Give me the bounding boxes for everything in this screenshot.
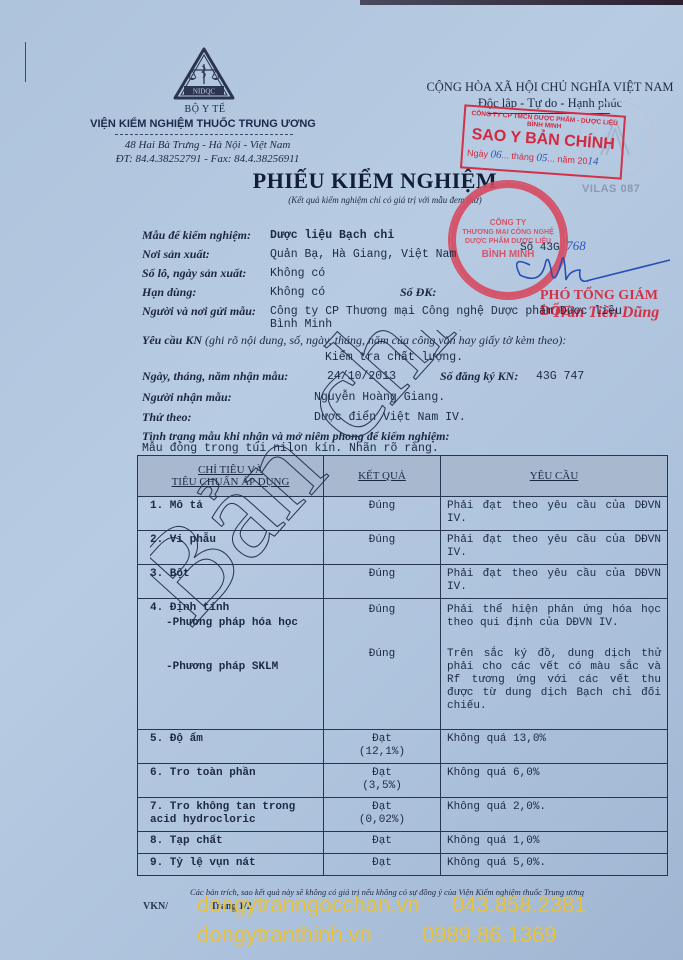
- requirement-text: Không quá 2,0%.: [447, 801, 661, 814]
- vilas-label: VILAS 087: [582, 183, 640, 195]
- table-row: 9. Tỷ lệ vụn nátĐạtKhông quá 5,0%.: [138, 854, 668, 876]
- lot-value: Không có: [270, 267, 325, 280]
- sample-value: Dược liệu Bạch chỉ: [270, 229, 394, 242]
- criterion-text: 7. Tro không tan trong acid hydrocloric: [150, 801, 317, 827]
- requirement-cell: Không quá 5,0%.: [441, 854, 668, 876]
- criterion-cell: 1. Mô tả: [138, 497, 324, 531]
- expiry-value: Không có: [270, 286, 325, 299]
- table-row: 6. Tro toàn phầnĐạt(3,5%)Không quá 6,0%: [138, 764, 668, 798]
- criterion-text: 6. Tro toàn phần: [150, 767, 317, 780]
- criterion-cell: 6. Tro toàn phần: [138, 764, 324, 798]
- criterion-text: 9. Tỷ lệ vụn nát: [150, 857, 317, 870]
- requirement-cell: Không quá 6,0%: [441, 764, 668, 798]
- institute-name: VIỆN KIỂM NGHIỆM THUỐC TRUNG ƯƠNG: [88, 118, 318, 130]
- origin-label: Nơi sản xuất:: [142, 247, 210, 262]
- received-date-value: 24/10/2013: [327, 370, 396, 383]
- sub-criterion-text: -Phương pháp SKLM: [150, 661, 317, 726]
- registration-label: Số ĐK:: [400, 285, 436, 300]
- sub-result-text: Đúng: [330, 648, 434, 713]
- stamp-month: 05: [536, 152, 548, 165]
- request-row: Yêu cầu KN (ghi rõ nội dung, số, ngày, t…: [142, 333, 566, 348]
- sample-label: Mẫu để kiểm nghiệm:: [142, 228, 251, 243]
- result-text: Đúng: [330, 500, 434, 513]
- result-text: Đạt: [330, 733, 434, 746]
- watermark-phone-1: 043.858.2381: [452, 892, 587, 918]
- requirement-cell: Không quá 2,0%.: [441, 798, 668, 832]
- watermark-site-2: dongytranthinh.vn: [197, 922, 372, 948]
- requirement-text: Không quá 6,0%: [447, 767, 661, 780]
- result-cell: Đúng: [324, 565, 441, 599]
- stamp-month-label: tháng: [511, 151, 534, 163]
- header-result: KẾT QUẢ: [324, 456, 441, 497]
- seal-line-2: THƯƠNG MẠI CÔNG NGHỆ: [450, 229, 566, 236]
- requirement-text: Phải đạt theo yêu cầu của DĐVN IV.: [447, 500, 661, 526]
- requirement-text: Không quá 13,0%: [447, 733, 661, 746]
- request-note: (ghi rõ nội dung, số, ngày, tháng, năm c…: [205, 333, 566, 347]
- svg-text:NIDQC: NIDQC: [193, 88, 215, 96]
- request-value: Kiểm tra chất lượng.: [325, 351, 463, 364]
- result-cell: Đạt(3,5%): [324, 764, 441, 798]
- header-criteria: CHỈ TIÊU VÀ TIÊU CHUẨN ÁP DỤNG: [138, 456, 324, 497]
- stamp-year: 14: [587, 155, 599, 168]
- stamp-date-label: Ngày: [467, 148, 489, 159]
- divider: [115, 134, 293, 135]
- result-text: Đạt: [330, 857, 434, 870]
- lot-label: Số lô, ngày sản xuất:: [142, 266, 246, 281]
- watermark-site-1: dongytranngocchan.vn: [197, 892, 420, 918]
- footer-code-text: VKN/: [143, 901, 168, 912]
- result-text: Đạt: [330, 835, 434, 848]
- criterion-cell: 8. Tạp chất: [138, 832, 324, 854]
- condition-value: Mẫu đóng trong túi nilon kín. Nhãn rõ rà…: [142, 442, 439, 455]
- requirement-cell: Phải đạt theo yêu cầu của DĐVN IV.: [441, 565, 668, 599]
- criterion-cell: 3. Bột: [138, 565, 324, 599]
- table-row: 1. Mô tảĐúngPhải đạt theo yêu cầu của DĐ…: [138, 497, 668, 531]
- receiver-value: Nguyễn Hoàng Giang.: [314, 391, 445, 404]
- receiver-label: Người nhận mẫu:: [142, 390, 232, 405]
- requirement-cell: Phải đạt theo yêu cầu của DĐVN IV.: [441, 531, 668, 565]
- criterion-cell: 2. Vi phẫu: [138, 531, 324, 565]
- requirement-text: Phải đạt theo yêu cầu của DĐVN IV.: [447, 534, 661, 560]
- table-row: 3. BộtĐúngPhải đạt theo yêu cầu của DĐVN…: [138, 565, 668, 599]
- result-detail: (12,1%): [330, 746, 434, 759]
- requirement-cell: Phải thể hiện phản ứng hóa học theo qui …: [441, 599, 668, 730]
- request-label: Yêu cầu KN: [142, 333, 202, 347]
- criterion-cell: 9. Tỷ lệ vụn nát: [138, 854, 324, 876]
- sub-criterion-text: -Phương pháp hóa học: [150, 617, 317, 643]
- seal-line-1: CÔNG TY: [450, 218, 566, 227]
- national-title: CỘNG HÒA XÃ HỘI CHỦ NGHĨA VIỆT NAM: [425, 80, 675, 95]
- requirement-text: Không quá 1,0%: [447, 835, 661, 848]
- result-cell: Đúng: [324, 531, 441, 565]
- result-cell: Đạt(12,1%): [324, 730, 441, 764]
- result-cell: Đạt: [324, 832, 441, 854]
- test-registration-value: 43G 747: [536, 370, 584, 383]
- criterion-text: 1. Mô tả: [150, 500, 317, 513]
- result-cell: ĐúngĐúng: [324, 599, 441, 730]
- stamp-day: 06: [490, 148, 502, 161]
- sender-value-line1: Công ty CP Thương mại Công nghệ Dược phẩ…: [270, 305, 622, 318]
- institute-address: 48 Hai Bà Trưng - Hà Nội - Việt Nam: [95, 139, 320, 151]
- header-requirement: YÊU CẦU: [441, 456, 668, 497]
- requirement-text: Không quá 5,0%.: [447, 857, 661, 870]
- result-text: Đạt: [330, 767, 434, 780]
- received-date-label: Ngày, tháng, năm nhận mẫu:: [142, 369, 288, 384]
- criterion-text: 3. Bột: [150, 568, 317, 581]
- origin-value: Quản Bạ, Hà Giang, Việt Nam: [270, 248, 456, 261]
- stamp-year-label: năm 20: [557, 154, 588, 166]
- sender-label: Người và nơi gửi mẫu:: [142, 304, 256, 319]
- table-row: 7. Tro không tan trong acid hydrocloricĐ…: [138, 798, 668, 832]
- criterion-text: 2. Vi phẫu: [150, 534, 317, 547]
- sub-result-text: Đúng: [330, 604, 434, 630]
- criterion-cell: 5. Độ ẩm: [138, 730, 324, 764]
- result-cell: Đạt: [324, 854, 441, 876]
- requirement-cell: Không quá 1,0%: [441, 832, 668, 854]
- nidqc-logo-icon: NIDQC: [172, 46, 236, 102]
- standard-value: Dược điển Việt Nam IV.: [314, 411, 466, 424]
- criterion-cell: 4. Định tính-Phương pháp hóa học-Phương …: [138, 599, 324, 730]
- criterion-text: 8. Tạp chất: [150, 835, 317, 848]
- result-cell: Đạt(0,02%): [324, 798, 441, 832]
- results-table: CHỈ TIÊU VÀ TIÊU CHUẨN ÁP DỤNG KẾT QUẢ Y…: [137, 455, 668, 876]
- criterion-text: 5. Độ ẩm: [150, 733, 317, 746]
- watermark-phone-2: 0989.86.1369: [422, 922, 557, 948]
- result-detail: (3,5%): [330, 780, 434, 793]
- test-registration-label: Số đăng ký KN:: [440, 369, 518, 384]
- table-header-row: CHỈ TIÊU VÀ TIÊU CHUẨN ÁP DỤNG KẾT QUẢ Y…: [138, 456, 668, 497]
- result-text: Đúng: [330, 568, 434, 581]
- result-text: Đúng: [330, 534, 434, 547]
- result-text: Đạt: [330, 801, 434, 814]
- institute-phone-fax: ĐT: 84.4.38252791 - Fax: 84.4.38256911: [95, 153, 320, 165]
- requirement-cell: Phải đạt theo yêu cầu của DĐVN IV.: [441, 497, 668, 531]
- result-detail: (0,02%): [330, 814, 434, 827]
- table-row: 8. Tạp chấtĐạtKhông quá 1,0%: [138, 832, 668, 854]
- requirement-text: Phải đạt theo yêu cầu của DĐVN IV.: [447, 568, 661, 594]
- sub-requirement-text: Trên sắc ký đồ, dung dịch thử phải cho c…: [447, 648, 661, 713]
- standard-label: Thử theo:: [142, 410, 192, 425]
- criterion-text: 4. Định tính: [150, 602, 317, 615]
- result-cell: Đúng: [324, 497, 441, 531]
- expiry-label: Hạn dùng:: [142, 285, 196, 300]
- table-row: 5. Độ ẩmĐạt(12,1%)Không quá 13,0%: [138, 730, 668, 764]
- header-criteria-line1: CHỈ TIÊU VÀ: [144, 464, 317, 476]
- table-row: 2. Vi phẫuĐúngPhải đạt theo yêu cầu của …: [138, 531, 668, 565]
- sender-value-line2: Bình Minh: [270, 318, 332, 331]
- header-criteria-line2: TIÊU CHUẨN ÁP DỤNG: [144, 476, 317, 488]
- sub-requirement-text: Phải thể hiện phản ứng hóa học theo qui …: [447, 604, 661, 630]
- table-row: 4. Định tính-Phương pháp hóa học-Phương …: [138, 599, 668, 730]
- criterion-cell: 7. Tro không tan trong acid hydrocloric: [138, 798, 324, 832]
- background-edge: [360, 0, 683, 5]
- paper-fold: [25, 42, 26, 82]
- ministry-name: BỘ Y TẾ: [150, 104, 260, 115]
- requirement-cell: Không quá 13,0%: [441, 730, 668, 764]
